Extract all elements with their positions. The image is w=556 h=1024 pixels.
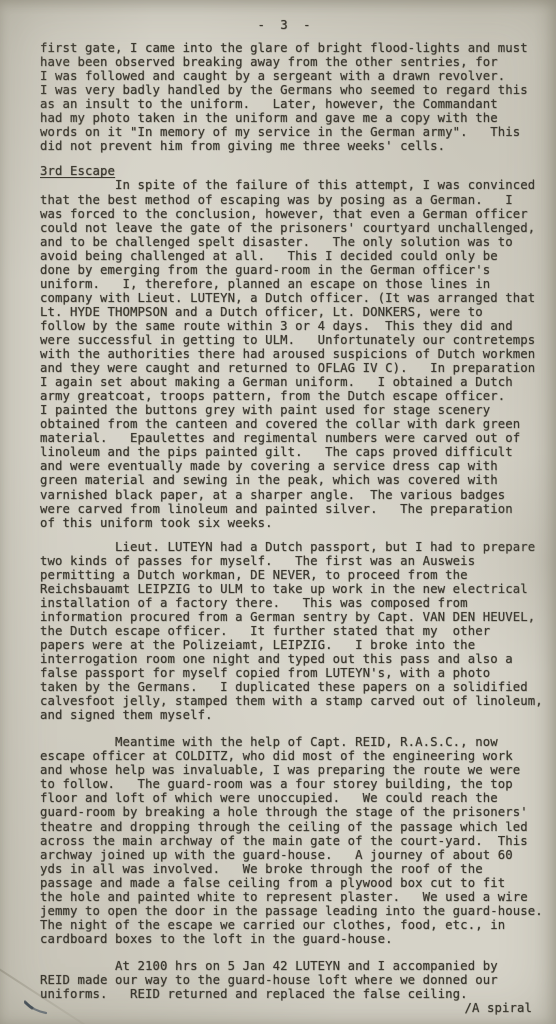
paragraph-route-guard-house: Meantime with the help of Capt. REID, R.… xyxy=(40,735,542,946)
catchword-continuation: /A spiral xyxy=(40,1001,546,1015)
paragraph-passes-and-passport: Lieut. LUTEYN had a Dutch passport, but … xyxy=(40,540,542,723)
paragraph-first-gate: first gate, I came into the glare of bri… xyxy=(40,41,542,153)
page-number: - 3 - xyxy=(40,18,532,32)
document-page: - 3 - first gate, I came into the glare … xyxy=(0,0,556,1024)
paragraph-escape-plan-uniform: In spite of the failure of this attempt,… xyxy=(40,178,542,529)
paragraph-2100-hrs-departure: At 2100 hrs on 5 Jan 42 LUTEYN and I acc… xyxy=(40,959,542,1001)
section-heading-3rd-escape: 3rd Escape xyxy=(40,164,542,178)
